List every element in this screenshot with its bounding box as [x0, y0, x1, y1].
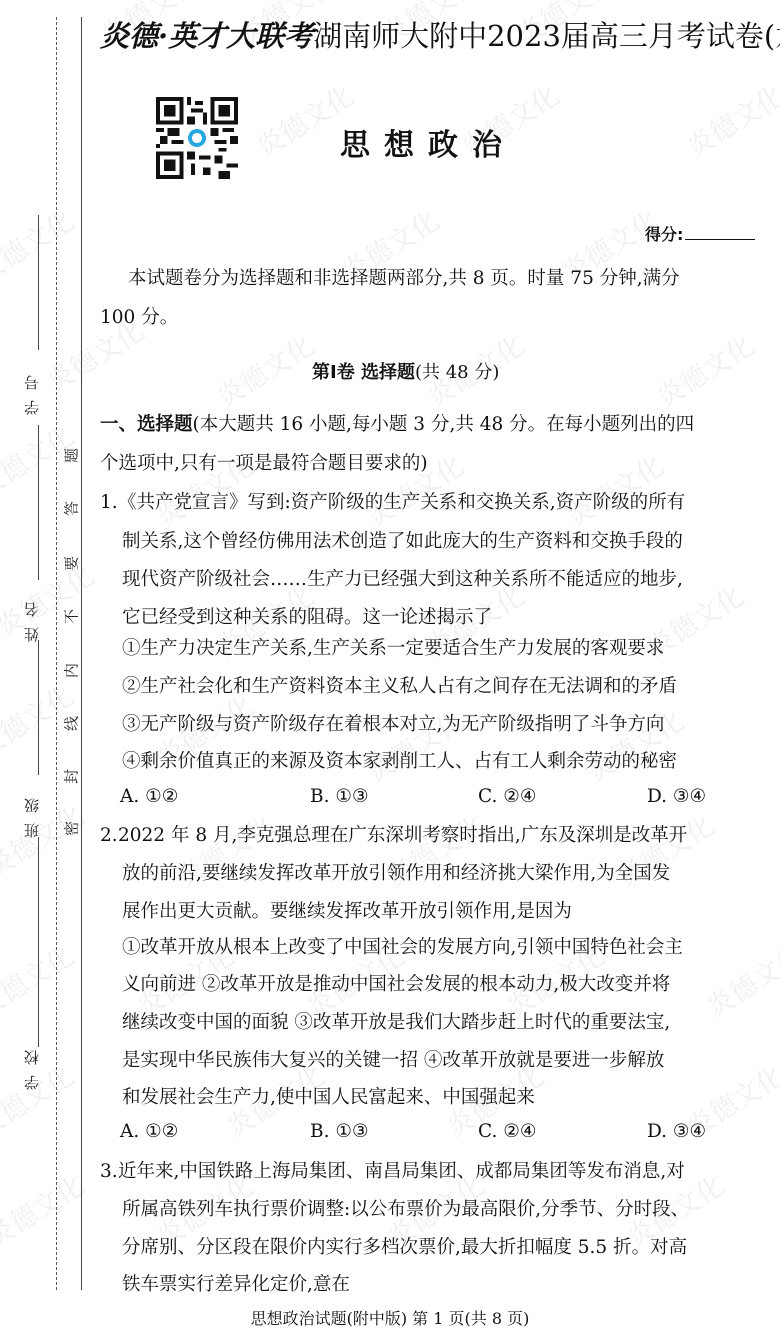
question-stem-line: 是实现中华民族伟大复兴的关键一招 ④改革开放就是要进一步解放: [122, 1048, 664, 1073]
school-rule: [38, 837, 39, 1047]
part-heading-line: 个选项中,只有一项是最符合题目要求的): [100, 451, 428, 476]
question-stem-line: 铁车票实行差异化定价,意在: [122, 1272, 350, 1297]
subject-title: 思想政治: [340, 120, 516, 164]
exam-title: 炎德·英才大联考湖南师大附中2023届高三月考试卷(六): [100, 16, 770, 56]
score-blank[interactable]: [685, 225, 755, 240]
question-stem-line: 2022 年 8 月,李克强总理在广东深圳考察时指出,广东及深圳是改革开: [118, 823, 687, 848]
watermark: 炎德文化: [0, 554, 100, 644]
watermark: 炎德文化: [698, 934, 780, 1024]
question-stem-line: 义向前进 ②改革开放是推动中国社会发展的根本动力,极大改变并将: [122, 972, 670, 997]
intro-line: 100 分。: [100, 305, 178, 330]
option-a[interactable]: A. ①②: [120, 786, 178, 807]
statement: ①生产力决定生产关系,生产关系一定要适合生产力发展的客观要求: [122, 636, 664, 661]
seal-notice-char: 答: [61, 500, 82, 518]
option-b[interactable]: B. ①③: [310, 1121, 369, 1142]
watermark: 炎德文化: [0, 1164, 90, 1254]
school-label: 学校: [22, 1030, 42, 1090]
statement: ②生产社会化和生产资料资本主义私人占有之间存在无法调和的矛盾: [122, 674, 677, 699]
watermark: 炎德文化: [648, 324, 760, 414]
watermark: 炎德文化: [0, 794, 90, 884]
section-title: 第Ⅰ卷 选择题(共 48 分): [312, 358, 499, 384]
option-a[interactable]: A. ①②: [120, 1121, 178, 1142]
student-id-label: 学号: [22, 355, 42, 415]
watermark: 炎德文化: [678, 74, 780, 164]
part-heading: 一、选择题(本大题共 16 小题,每小题 3 分,共 48 分。在每小题列出的四: [100, 412, 694, 437]
question-stem-line: 制关系,这个曾经仿佛用法术创造了如此庞大的生产资料和交换手段的: [122, 529, 683, 554]
part-heading-title: 一、选择题: [100, 414, 193, 435]
score-label: 得分:: [645, 225, 683, 244]
exam-brand: 炎德·英才大联考: [100, 19, 313, 53]
option-d[interactable]: D. ③④: [647, 786, 706, 807]
page-footer: 思想政治试题(附中版) 第 1 页(共 8 页): [0, 1306, 780, 1329]
option-b[interactable]: B. ①③: [310, 786, 369, 807]
question-stem-line: 近年来,中国铁路上海局集团、南昌局集团、成都局集团等发布消息,对: [118, 1159, 685, 1184]
statement: ③无产阶级与资产阶级存在着根本对立,为无产阶级指明了斗争方向: [122, 712, 664, 737]
question-stem-line: 和发展社会生产力,使中国人民富起来、中国强起来: [122, 1085, 535, 1110]
question-stem-line: 继续改变中国的面貌 ③改革开放是我们大踏步赶上时代的重要法宝,: [122, 1010, 670, 1035]
option-c[interactable]: C. ②④: [478, 1121, 536, 1142]
question-stem-line: 所属高铁列车执行票价调整:以公布票价为最高限价,分季节、分时段、: [122, 1197, 689, 1222]
section-name: 第Ⅰ卷 选择题: [312, 362, 415, 383]
seal-notice-char: 不: [61, 608, 82, 626]
question-stem-line: 分席别、分区段在限价内实行多档次票价,最大折扣幅度 5.5 折。对高: [122, 1235, 687, 1260]
seal-notice-char: 要: [61, 555, 82, 573]
seal-notice-char: 线: [61, 715, 82, 733]
question-stem-line: 现代资产阶级社会……生产力已经强大到这种关系所不能适应的地步,: [122, 567, 683, 592]
part-heading-desc: (本大题共 16 小题,每小题 3 分,共 48 分。在每小题列出的四: [193, 414, 695, 435]
question-stem-line: ①改革开放从根本上改变了中国社会的发展方向,引领中国特色社会主: [122, 935, 683, 960]
section-points: (共 48 分): [415, 362, 499, 383]
exam-name: 湖南师大附中2023届高三月考试卷(六): [313, 19, 780, 53]
name-rule: [38, 425, 39, 580]
question-stem-line: 《共产党宣言》写到:资产阶级的生产关系和交换关系,资产阶级的所有: [118, 490, 685, 515]
qr-code-icon[interactable]: [156, 97, 238, 179]
score-field: 得分:: [645, 222, 755, 245]
seal-notice-char: 密: [61, 820, 82, 838]
watermark: 炎德文化: [208, 324, 320, 414]
option-d[interactable]: D. ③④: [647, 1121, 706, 1142]
question-number: 3.: [100, 1159, 118, 1184]
watermark: 炎德文化: [0, 934, 80, 1024]
seal-notice-char: 内: [61, 662, 82, 680]
question-stem-line: 展作出更大贡献。要继续发挥改革开放引领作用,是因为: [122, 899, 572, 924]
statement: ④剩余价值真正的来源及资本家剥削工人、占有工人剩余劳动的秘密: [122, 749, 677, 774]
question-stem-line: 放的前沿,要继续发挥改革开放引领作用和经济挑大梁作用,为全国发: [122, 861, 670, 886]
question-number: 1.: [100, 490, 118, 515]
seal-notice-char: 题: [61, 447, 82, 465]
student-id-rule: [38, 215, 39, 350]
question-number: 2.: [100, 823, 118, 848]
seal-notice-char: 封: [61, 768, 82, 786]
seal-dashed-line: [56, 17, 57, 1290]
option-c[interactable]: C. ②④: [478, 786, 536, 807]
watermark: 炎德文化: [0, 199, 80, 289]
class-rule: [38, 640, 39, 775]
name-label: 姓名: [22, 582, 42, 642]
margin-rule: [81, 17, 82, 1290]
question-stem-line: 它已经受到这种关系的阻碍。这一论述揭示了: [122, 605, 492, 630]
class-label: 班级: [22, 778, 42, 838]
intro-line: 本试题卷分为选择题和非选择题两部分,共 8 页。时量 75 分钟,满分: [128, 266, 680, 291]
